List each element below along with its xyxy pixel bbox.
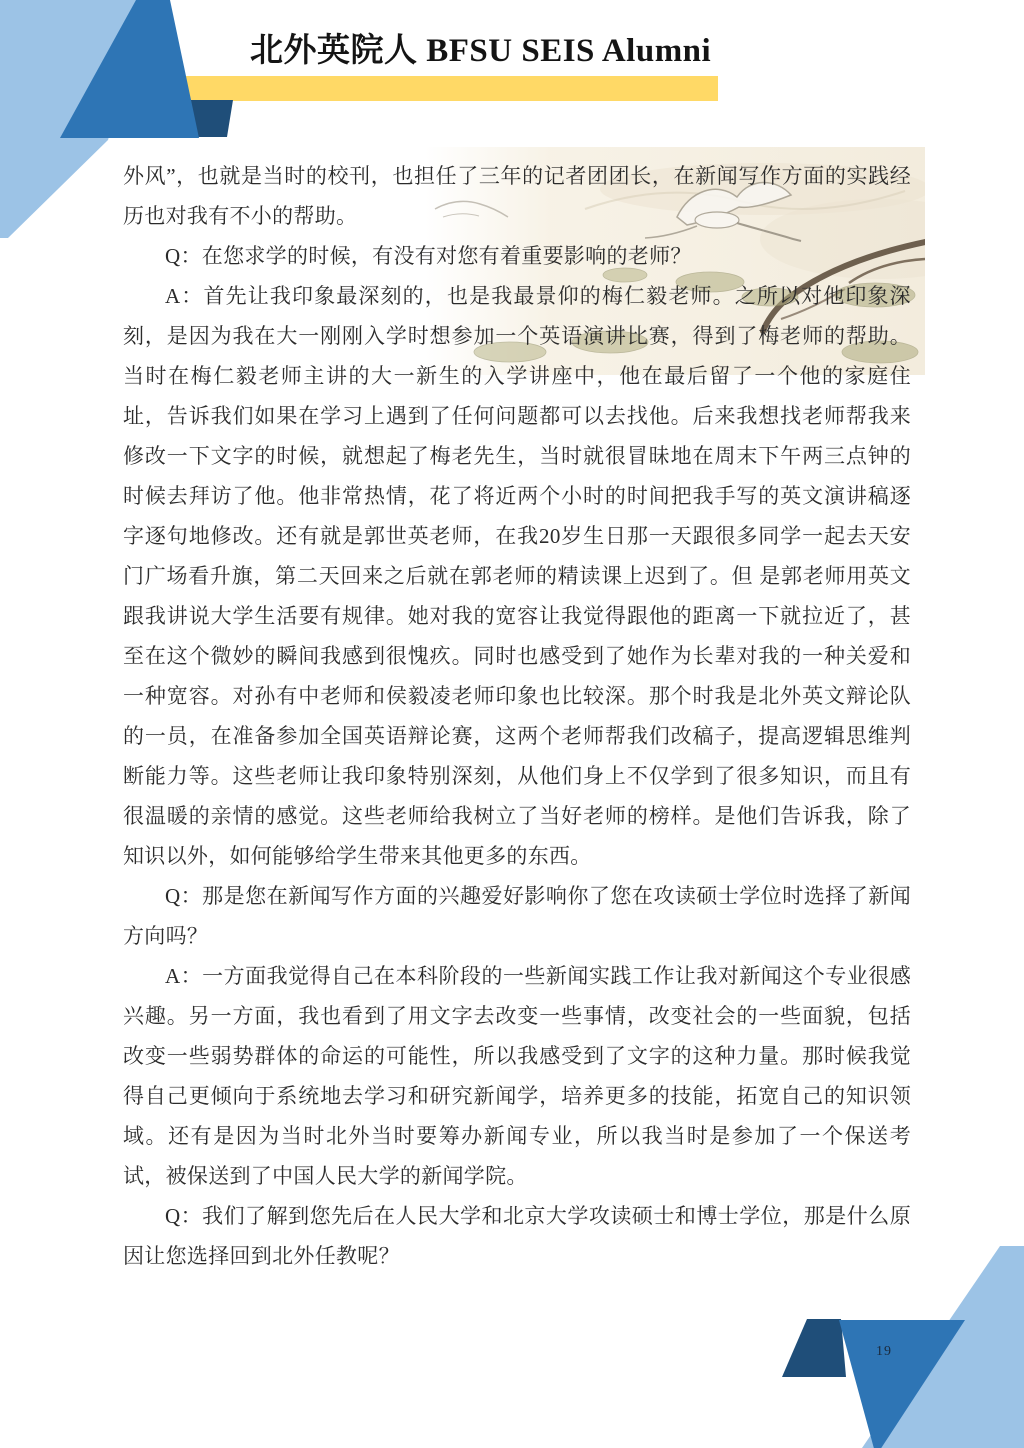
bottom-right-navy-shape bbox=[782, 1319, 846, 1377]
top-left-navy-shape bbox=[188, 100, 233, 137]
bottom-right-medium-triangle bbox=[839, 1320, 965, 1448]
page-number: 19 bbox=[866, 1344, 902, 1360]
paragraph: 外风”，也就是当时的校刊，也担任了三年的记者团团长，在新闻写作方面的实践经历也对… bbox=[123, 156, 911, 236]
article-text: 外风”，也就是当时的校刊，也担任了三年的记者团团长，在新闻写作方面的实践经历也对… bbox=[123, 156, 911, 1276]
paragraph: Q：我们了解到您先后在人民大学和北京大学攻读硕士和博士学位，那是什么原因让您选择… bbox=[123, 1196, 911, 1276]
magazine-page: 北外英院人 BFSU SEIS Alumni 外风”，也就是当时的校刊，也担任了… bbox=[0, 0, 1024, 1448]
top-left-medium-triangle bbox=[60, 0, 199, 138]
paragraph: A：一方面我觉得自己在本科阶段的一些新闻实践工作让我对新闻这个专业很感兴趣。另一… bbox=[123, 956, 911, 1196]
paragraph: A：首先让我印象最深刻的，也是我最景仰的梅仁毅老师。之所以对他印象深刻，是因为我… bbox=[123, 276, 911, 876]
page-title: 北外英院人 BFSU SEIS Alumni bbox=[250, 24, 711, 71]
paragraph: Q：那是您在新闻写作方面的兴趣爱好影响你了您在攻读硕士学位时选择了新闻方向吗？ bbox=[123, 876, 911, 956]
paragraph: Q：在您求学的时候，有没有对您有着重要影响的老师？ bbox=[123, 236, 911, 276]
header-accent-bar bbox=[185, 76, 718, 101]
